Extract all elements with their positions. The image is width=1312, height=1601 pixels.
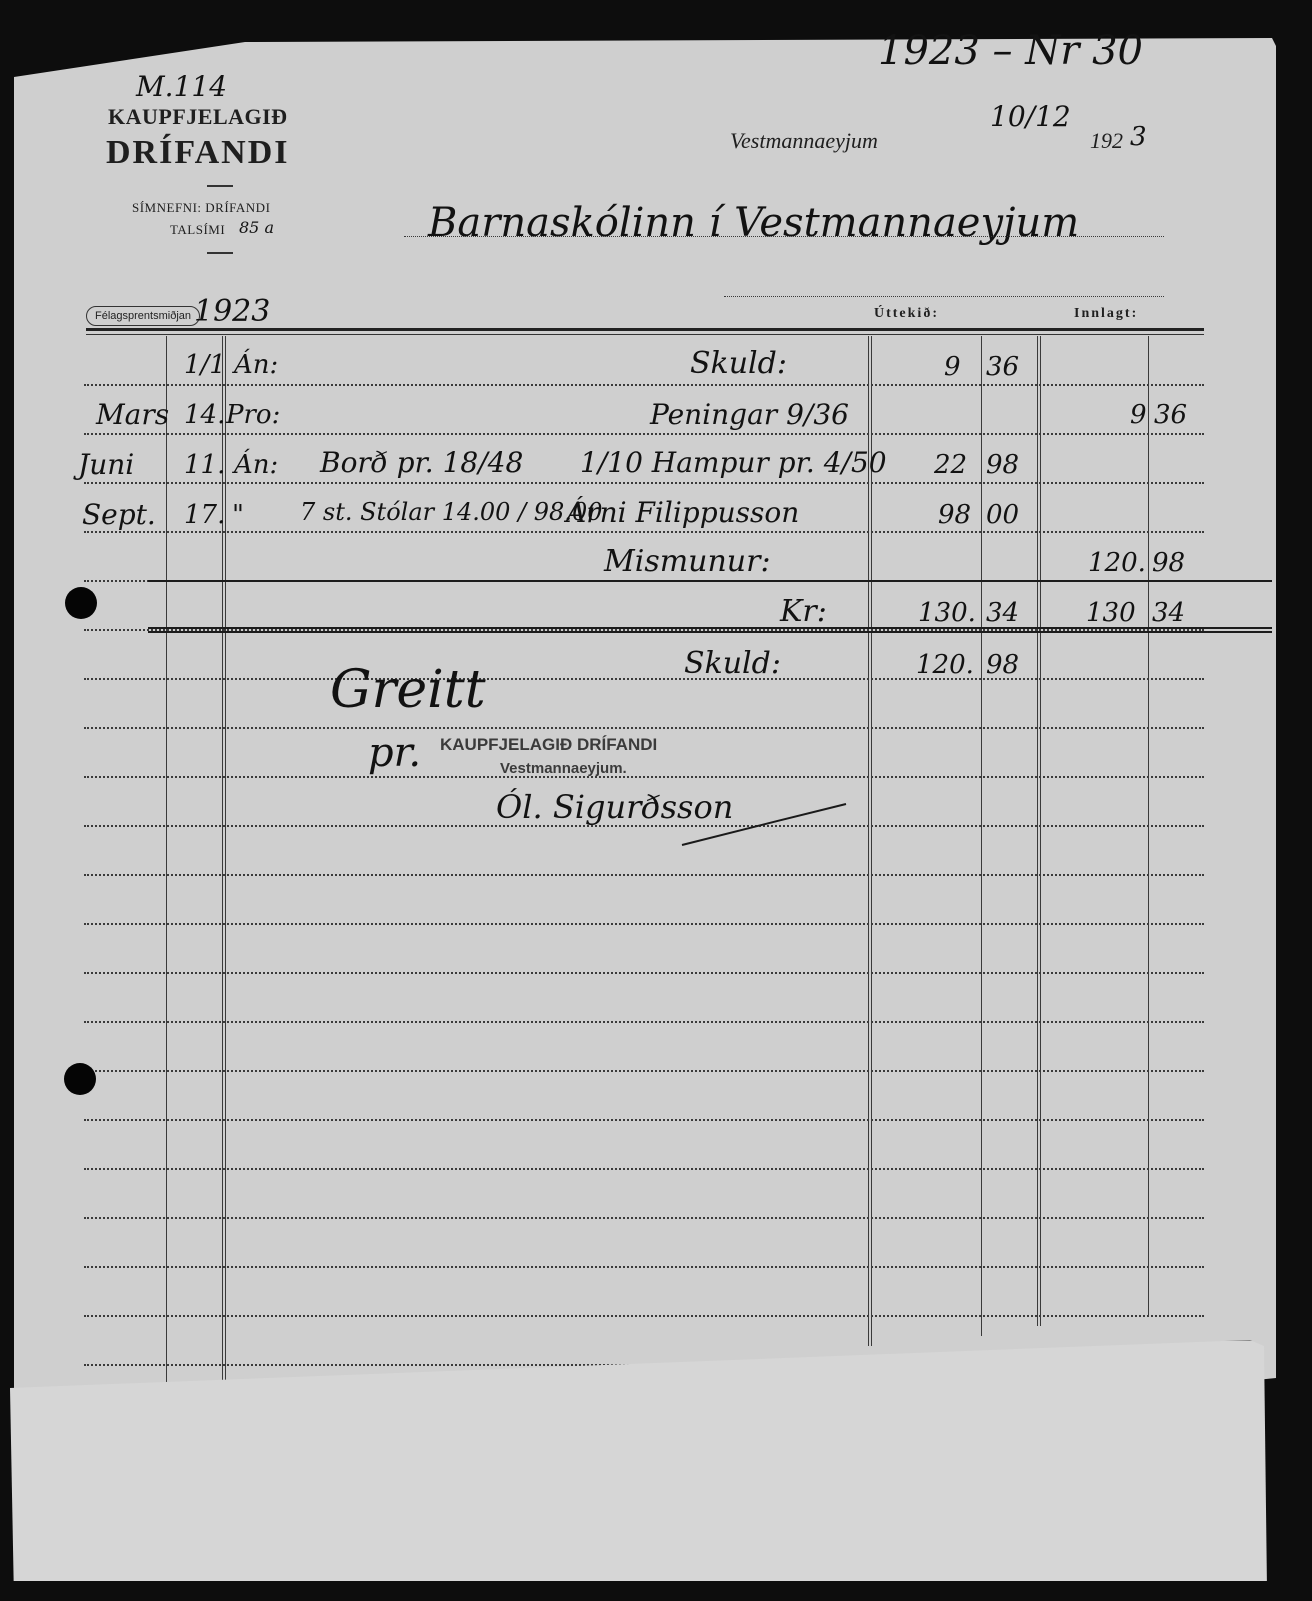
recipient-dotted-line <box>404 236 1164 237</box>
balance-label: Skuld: <box>684 646 781 681</box>
ruled-line <box>84 482 1204 484</box>
ruled-line <box>84 531 1204 533</box>
row-month: Mars <box>96 398 169 431</box>
debit-kronur: 9 <box>944 352 961 382</box>
scanned-invoice: 1923 – Nr 30 M.114 KAUPFJELAGIÐ DRÍFANDI… <box>0 0 1312 1601</box>
difference-label: Mismunur: <box>604 544 771 579</box>
total-credit-kronur: 130 <box>1086 598 1136 628</box>
header-rule-thick <box>86 328 1204 331</box>
row-description-right: 1/10 Hampur pr. 4/50 <box>580 446 887 479</box>
total-debit-kronur: 130. <box>918 598 976 628</box>
signature-flourish <box>680 800 850 850</box>
column-divider-desc-debit-b <box>871 336 872 1346</box>
header-rule-thin <box>86 334 1204 335</box>
ruled-line <box>84 776 1204 778</box>
phone-label: TALSÍMI <box>170 222 225 238</box>
subtotal-rule <box>148 580 1272 582</box>
column-divider-debit-credit-b <box>1040 336 1041 1326</box>
total-credit-aurar: 34 <box>1152 598 1185 628</box>
ruled-line <box>84 727 1204 729</box>
recipient-dotted-line-2 <box>724 296 1164 297</box>
row-description-right: Árni Filippusson <box>566 496 799 529</box>
balance-aurar: 98 <box>986 650 1019 680</box>
ruled-line <box>84 874 1204 876</box>
total-rule-1 <box>148 627 1272 629</box>
row-day: 11. <box>184 450 225 480</box>
row-month: Sept. <box>82 498 156 531</box>
ruled-line <box>84 972 1204 974</box>
column-divider-debit-cents <box>981 336 982 1336</box>
ruled-line <box>84 1119 1204 1121</box>
ledger-year: 1923 <box>194 294 270 329</box>
catalogue-mark: M.114 <box>136 70 227 103</box>
ruled-line <box>84 1266 1204 1268</box>
archive-reference: 1923 – Nr 30 <box>878 28 1143 74</box>
ruled-line <box>84 1021 1204 1023</box>
row-day: 14. <box>184 400 225 430</box>
company-stamp-line1: KAUPFJELAGIÐ DRÍFANDI <box>440 735 657 755</box>
debit-kronur: 22 <box>934 450 967 480</box>
row-description: Skuld: <box>690 346 787 381</box>
credit-aurar: 36 <box>1154 400 1187 430</box>
debit-aurar: 00 <box>986 500 1019 530</box>
ruled-line <box>84 433 1204 435</box>
per-abbreviation: pr. <box>368 730 421 776</box>
row-type: " <box>232 500 244 530</box>
debit-aurar: 36 <box>986 352 1019 382</box>
credit-kronur: 9 <box>1130 400 1147 430</box>
total-debit-aurar: 34 <box>986 598 1019 628</box>
row-description-left: Borð pr. 18/48 <box>320 446 523 479</box>
printer-mark: Félagsprentsmiðjan <box>86 306 200 326</box>
difference-kronur: 120. <box>1088 548 1146 578</box>
ruled-line <box>84 384 1204 386</box>
ruled-line <box>84 1315 1204 1317</box>
place-name: Vestmannaeyjum <box>730 128 878 154</box>
phone-number: 85 a <box>239 218 274 237</box>
column-divider-month-day <box>166 336 167 1421</box>
column-header-debit: Úttekið: <box>874 306 939 322</box>
punch-hole-lower <box>64 1063 96 1095</box>
ruled-line <box>84 1168 1204 1170</box>
paper-sheet <box>14 38 1276 1508</box>
total-rule-2 <box>148 631 1272 633</box>
row-description-left: 7 st. Stólar 14.00 / 98.00 <box>300 498 603 526</box>
debit-kronur: 98 <box>938 500 971 530</box>
column-header-credit: Innlagt: <box>1074 306 1138 322</box>
total-label: Kr: <box>780 594 827 629</box>
row-month: Juni <box>78 448 134 481</box>
ruled-line <box>84 1217 1204 1219</box>
ruled-line <box>84 923 1204 925</box>
row-day: 1/1 <box>184 350 226 380</box>
row-description: Peningar 9/36 <box>650 398 849 431</box>
date-day-month: 10/12 <box>990 100 1071 133</box>
letterhead-divider <box>207 185 233 187</box>
paid-note: Greitt <box>330 660 486 720</box>
ruled-line <box>84 678 1204 680</box>
column-divider-debit-credit-a <box>1037 336 1038 1326</box>
date-year-printed: 192 <box>1090 128 1123 154</box>
company-name-line2: DRÍFANDI <box>106 134 289 172</box>
date-year-handwritten: 3 <box>1130 122 1147 152</box>
recipient-name: Barnaskólinn í Vestmannaeyjum <box>428 200 1079 246</box>
column-divider-desc-debit-a <box>868 336 869 1346</box>
difference-aurar: 98 <box>1152 548 1185 578</box>
row-type: Án: <box>234 350 278 380</box>
company-name-line1: KAUPFJELAGIÐ <box>108 104 288 130</box>
letterhead-divider-2 <box>207 252 233 254</box>
row-type: Án: <box>234 450 278 480</box>
balance-kronur: 120. <box>916 650 974 680</box>
punch-hole-upper <box>65 587 97 619</box>
debit-aurar: 98 <box>986 450 1019 480</box>
row-day: 17. <box>184 500 225 530</box>
telegram-address: SÍMNEFNI: DRÍFANDI <box>132 200 270 216</box>
ruled-line <box>84 1070 1204 1072</box>
company-stamp-line2: Vestmannaeyjum. <box>500 760 627 777</box>
row-type: Pro: <box>226 400 280 430</box>
